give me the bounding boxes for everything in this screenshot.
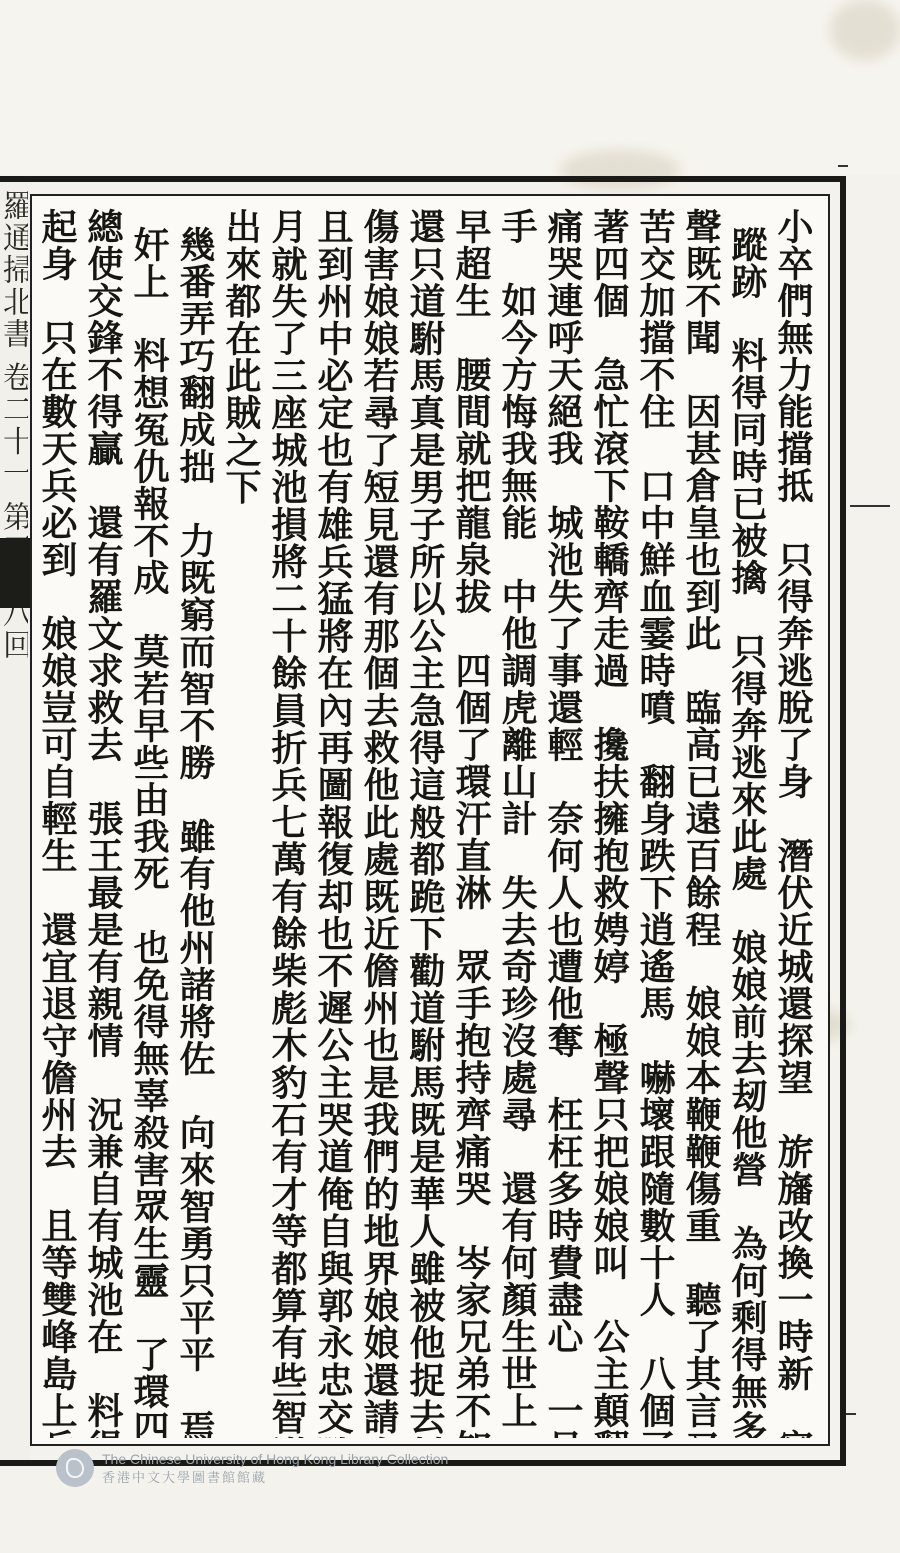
text-column: 還只道駙馬真是男子所以公主急得這般都跪下勸道駙馬既是華人雖被他捉去料也不至 — [402, 208, 448, 1438]
text-column: 聲既不聞 因甚倉皇也到此 臨高已遠百餘程 娘娘本鞭鞭傷重 聽了其言又一驚 氣 — [678, 208, 724, 1438]
text-column: 痛哭連呼天絕我 城池失了事還輕 奈何人也遭他奪 枉枉多時費盡心 一旦仍然歸賊 — [540, 208, 586, 1438]
text-column: 起身 只在數天兵必到 娘娘豈可自輕生 還宜退守儋州去 且等雙峰島上兵 到此與 — [40, 208, 80, 1438]
paper-stain — [830, 0, 900, 60]
watermark-chinese: 香港中文大學圖書館館藏 — [102, 1467, 448, 1486]
main-text: 小卒們無力能擋抵 只得奔逃脫了身 潛伏近城還探望 旂旛改換一時新 宮娥駙馬無 蹤… — [40, 208, 816, 1438]
text-column: 著四個 急忙滾下鞍轎齊走過 攙扶擁抱救娉婷 極聲只把娘娘叫 公主顛翻兩足蹬 — [586, 208, 632, 1438]
scan-mark — [850, 505, 890, 507]
text-column: 總使交鋒不得贏 還有羅文求救去 張王最是有親情 況兼自有城池在 料得如今已 — [80, 208, 126, 1438]
text-column: 幾番弄巧翻成拙 力既窮而智不勝 雖有他州諸將佐 向來智勇只平平 焉能出在奸 — [172, 208, 218, 1438]
text-column: 蹤跡 料得同時已被擒 只得奔逃來此處 娘娘前去刼他營 為何剩得無多騎 城內風 — [724, 208, 770, 1438]
text-column: 苦交加擋不住 口中鮮血霎時噴 翻身跌下逍遙馬 嚇壞跟隨數十人 八個了環倒還留 — [632, 208, 678, 1438]
watermark-english: The Chinese University of Hong Kong Libr… — [102, 1451, 448, 1467]
page-top-margin — [0, 0, 900, 175]
text-column: 傷害娘娘若尋了短見還有那個去救他此處既近儋州也是我們的地界娘娘還請自家保重 — [356, 208, 402, 1438]
text-column: 小卒們無力能擋抵 只得奔逃脫了身 潛伏近城還探望 旂旛改換一時新 宮娥駙馬無 — [770, 208, 816, 1438]
cuhk-library-logo-icon — [56, 1449, 94, 1487]
text-column: 早超生 腰間就把龍泉拔 四個了環汗直淋 眾手抱持齊痛哭 岑家兄弟不知因 — [448, 208, 494, 1438]
scan-mark — [846, 1413, 856, 1415]
text-column: 手 如今方悔我無能 中他調虎離山計 失去奇珍沒處尋 還有何顏生世上 莫如一死 — [494, 208, 540, 1438]
text-column: 月就失了三座城池損將二十餘員折兵七萬有餘柴彪木豹石有才等都算有些智謀無奈使 — [264, 208, 310, 1438]
scan-mark — [838, 165, 848, 167]
library-watermark: The Chinese University of Hong Kong Libr… — [56, 1448, 448, 1488]
fish-tail-marker — [0, 538, 30, 608]
text-column: 奸上 料想冤仇報不成 莫若早些由我死 也免得無辜殺害眾生靈 了環四個同聲道 — [126, 208, 172, 1438]
text-column: 出來都在此賊之下 — [218, 208, 264, 1438]
text-column: 且到州中必定也有雄兵猛將在內再圖報復却也不遲公主哭道俺自與郭永忠交戰不上一 — [310, 208, 356, 1438]
